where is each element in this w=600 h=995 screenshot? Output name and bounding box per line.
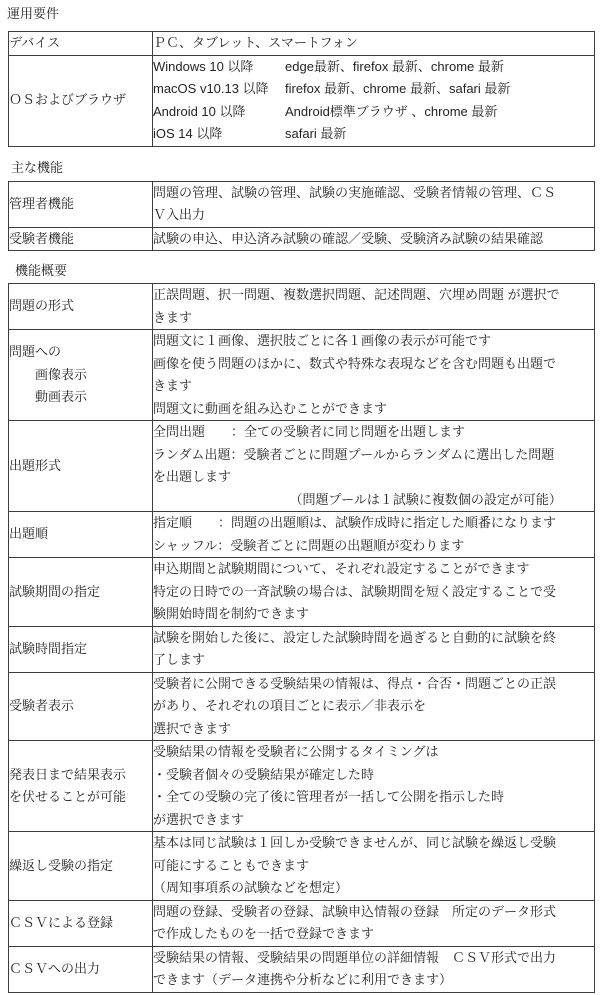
row-value-cell: 問題の登録、受験者の登録、試験申込情報の登録 所定のデータ形式で作成したものを一… (153, 900, 595, 946)
row-value-line: 指定順 ：問題の出題順は、試験作成時に指定した順番になります (153, 512, 591, 535)
row-value-cell: ＰＣ、タブレット、スマートフォン (153, 32, 595, 56)
os-name: Windows 10 以降 (153, 56, 285, 79)
row-value-line: ・全ての受験の完了後に管理者が一括して公開を指示した時 (153, 786, 591, 809)
row-label-cell: 発表日まで結果表示を伏せることが可能 (9, 741, 153, 832)
row-value-line: 正誤問題、択一問題、複数選択問題、記述問題、穴埋め問題 が選択で (153, 284, 591, 307)
row-value-line: 申込期間と試験期間について、それぞれ設定することができます (153, 558, 591, 581)
table-row: 出題順指定順 ：問題の出題順は、試験作成時に指定した順番になりますシャッフル：受… (9, 512, 595, 558)
row-value-cell: 問題の管理、試験の管理、試験の実施確認、受験者情報の管理、ＣＳＶ入出力 (153, 181, 595, 227)
row-value-line: ＰＣ、タブレット、スマートフォン (153, 32, 591, 55)
row-value-line: （問題プールは１試験に複数個の設定が可能） (153, 489, 591, 512)
row-value-cell: 受験者に公開できる受験結果の情報は、得点・合否・問題ごとの正誤があり、それぞれの… (153, 672, 595, 741)
os-name: Android 10 以降 (153, 101, 285, 124)
row-label-cell: 受験者機能 (9, 227, 153, 251)
os-browser-line: Android 10 以降Android標準ブラウザ 、chrome 最新 (153, 101, 591, 124)
row-value-line: （周知事項系の試験などを想定） (153, 877, 591, 900)
row-label-line: 試験時間指定 (9, 638, 149, 661)
document-page: 運用要件 デバイスＰＣ、タブレット、スマートフォンＯＳおよびブラウザWindow… (0, 6, 600, 995)
row-value-cell: 試験を開始した後に、設定した試験時間を過ぎると自動的に試験を終了します (153, 626, 595, 672)
browser-list: firefox 最新、chrome 最新、safari 最新 (285, 78, 510, 101)
row-value-line: 特定の日時での一斉試験の場合は、試験期間を短く設定することで受 (153, 581, 591, 604)
row-value-cell: 問題文に１画像、選択肢ごとに各１画像の表示が可能です画像を使う問題のほかに、数式… (153, 330, 595, 421)
row-label-line: 管理者機能 (9, 193, 149, 216)
row-value-cell: 基本は同じ試験は１回しか受験できませんが、同じ試験を繰返し受験可能にすることもで… (153, 832, 595, 901)
table-row: デバイスＰＣ、タブレット、スマートフォン (9, 32, 595, 56)
row-label-line: 試験期間の指定 (9, 581, 149, 604)
row-value-line: できます（データ連携や分析などに利用できます） (153, 969, 591, 992)
section-heading-feature-overview: 機能概要 (15, 263, 600, 279)
row-label-line: を伏せることが可能 (9, 786, 149, 809)
row-value-line: きます (153, 375, 591, 398)
row-label-line: 発表日まで結果表示 (9, 764, 149, 787)
row-label-cell: 出題順 (9, 512, 153, 558)
row-label-line: 画像表示 (9, 364, 149, 387)
table-row: 試験時間指定試験を開始した後に、設定した試験時間を過ぎると自動的に試験を終了しま… (9, 626, 595, 672)
row-label-line: 繰返し受験の指定 (9, 855, 149, 878)
row-value-cell: 受験結果の情報、受験結果の問題単位の詳細情報 ＣＳＶ形式で出力できます（データ連… (153, 946, 595, 992)
table-row: 管理者機能問題の管理、試験の管理、試験の実施確認、受験者情報の管理、ＣＳＶ入出力 (9, 181, 595, 227)
section-heading-main-functions: 主な機能 (11, 160, 600, 176)
row-label-line: 動画表示 (9, 386, 149, 409)
row-value-line: 試験の申込、申込済み試験の確認／受験、受験済み試験の結果確認 (153, 228, 591, 251)
row-label-cell: 受験者表示 (9, 672, 153, 741)
table-row: ＯＳおよびブラウザWindows 10 以降edge最新、firefox 最新、… (9, 55, 595, 146)
feature-overview-table: 問題の形式正誤問題、択一問題、複数選択問題、記述問題、穴埋め問題 が選択できます… (8, 283, 595, 993)
row-value-cell: 試験の申込、申込済み試験の確認／受験、受験済み試験の結果確認 (153, 227, 595, 251)
row-value-line: きます (153, 307, 591, 330)
row-label-line: ＯＳおよびブラウザ (9, 89, 149, 112)
os-browser-line: Windows 10 以降edge最新、firefox 最新、chrome 最新 (153, 56, 591, 79)
os-browser-line: iOS 14 以降safari 最新 (153, 123, 591, 146)
row-label-line: ＣＳＶへの出力 (9, 958, 149, 981)
table-row: 受験者機能試験の申込、申込済み試験の確認／受験、受験済み試験の結果確認 (9, 227, 595, 251)
table-row: 問題への 画像表示 動画表示問題文に１画像、選択肢ごとに各１画像の表示が可能です… (9, 330, 595, 421)
row-value-line: 基本は同じ試験は１回しか受験できませんが、同じ試験を繰返し受験 (153, 832, 591, 855)
row-label-line: 出題形式 (9, 455, 149, 478)
row-value-cell: Windows 10 以降edge最新、firefox 最新、chrome 最新… (153, 55, 595, 146)
row-value-line: ・受験者個々の受験結果が確定した時 (153, 764, 591, 787)
row-label-cell: ＣＳＶによる登録 (9, 900, 153, 946)
row-value-line: 受験結果の情報を受験者に公開するタイミングは (153, 741, 591, 764)
row-value-cell: 指定順 ：問題の出題順は、試験作成時に指定した順番になりますシャッフル：受験者ご… (153, 512, 595, 558)
section-heading-operational-requirements: 運用要件 (7, 6, 600, 22)
row-label-line: デバイス (9, 32, 149, 55)
row-value-line: 選択できます (153, 718, 591, 741)
row-label-line: 受験者機能 (9, 228, 149, 251)
row-label-line: 出題順 (9, 523, 149, 546)
table-row: ＣＳＶへの出力受験結果の情報、受験結果の問題単位の詳細情報 ＣＳＶ形式で出力でき… (9, 946, 595, 992)
row-label-cell: 問題への 画像表示 動画表示 (9, 330, 153, 421)
row-value-line: で作成したものを一括で登録できます (153, 923, 591, 946)
row-value-line: 了します (153, 649, 591, 672)
browser-list: Android標準ブラウザ 、chrome 最新 (285, 101, 497, 124)
table-row: 繰返し受験の指定基本は同じ試験は１回しか受験できませんが、同じ試験を繰返し受験可… (9, 832, 595, 901)
row-value-line: 試験を開始した後に、設定した試験時間を過ぎると自動的に試験を終 (153, 627, 591, 650)
row-label-cell: 管理者機能 (9, 181, 153, 227)
row-value-line: 受験者に公開できる受験結果の情報は、得点・合否・問題ごとの正誤 (153, 673, 591, 696)
row-value-cell: 全問出題 ：全ての受験者に同じ問題を出題しますランダム出題：受験者ごとに問題プー… (153, 421, 595, 512)
row-value-line: ランダム出題：受験者ごとに問題プールからランダムに選出した問題 (153, 444, 591, 467)
row-label-cell: ＯＳおよびブラウザ (9, 55, 153, 146)
os-name: macOS v10.13 以降 (153, 78, 285, 101)
table-row: 発表日まで結果表示を伏せることが可能受験結果の情報を受験者に公開するタイミングは… (9, 741, 595, 832)
row-label-line: 問題の形式 (9, 295, 149, 318)
table-row: 試験期間の指定申込期間と試験期間について、それぞれ設定することができます特定の日… (9, 558, 595, 627)
row-value-line: 問題文に１画像、選択肢ごとに各１画像の表示が可能です (153, 330, 591, 353)
operational-requirements-table: デバイスＰＣ、タブレット、スマートフォンＯＳおよびブラウザWindows 10 … (8, 31, 595, 147)
row-value-line: 問題文に動画を組み込むことができます (153, 398, 591, 421)
row-value-line: 受験結果の情報、受験結果の問題単位の詳細情報 ＣＳＶ形式で出力 (153, 947, 591, 970)
row-value-line: を出題します (153, 466, 591, 489)
row-value-cell: 受験結果の情報を受験者に公開するタイミングは・受験者個々の受験結果が確定した時・… (153, 741, 595, 832)
row-label-line: 受験者表示 (9, 695, 149, 718)
row-value-cell: 正誤問題、択一問題、複数選択問題、記述問題、穴埋め問題 が選択できます (153, 284, 595, 330)
os-name: iOS 14 以降 (153, 123, 285, 146)
row-value-line: が選択できます (153, 809, 591, 832)
table-row: 受験者表示受験者に公開できる受験結果の情報は、得点・合否・問題ごとの正誤があり、… (9, 672, 595, 741)
row-label-cell: 試験時間指定 (9, 626, 153, 672)
os-browser-line: macOS v10.13 以降firefox 最新、chrome 最新、safa… (153, 78, 591, 101)
table-row: 出題形式全問出題 ：全ての受験者に同じ問題を出題しますランダム出題：受験者ごとに… (9, 421, 595, 512)
table-row: ＣＳＶによる登録問題の登録、受験者の登録、試験申込情報の登録 所定のデータ形式で… (9, 900, 595, 946)
row-value-cell: 申込期間と試験期間について、それぞれ設定することができます特定の日時での一斉試験… (153, 558, 595, 627)
main-functions-table: 管理者機能問題の管理、試験の管理、試験の実施確認、受験者情報の管理、ＣＳＶ入出力… (8, 181, 595, 252)
row-label-cell: ＣＳＶへの出力 (9, 946, 153, 992)
row-value-line: 問題の登録、受験者の登録、試験申込情報の登録 所定のデータ形式 (153, 901, 591, 924)
row-value-line: Ｖ入出力 (153, 204, 591, 227)
row-label-line: ＣＳＶによる登録 (9, 912, 149, 935)
row-value-line: 全問出題 ：全ての受験者に同じ問題を出題します (153, 421, 591, 444)
row-value-line: 画像を使う問題のほかに、数式や特殊な表現などを含む問題も出題で (153, 353, 591, 376)
row-value-line: 問題の管理、試験の管理、試験の実施確認、受験者情報の管理、ＣＳ (153, 182, 591, 205)
row-value-line: 験開始時間を制約できます (153, 603, 591, 626)
browser-list: safari 最新 (285, 123, 346, 146)
table-row: 問題の形式正誤問題、択一問題、複数選択問題、記述問題、穴埋め問題 が選択できます (9, 284, 595, 330)
row-label-cell: 試験期間の指定 (9, 558, 153, 627)
row-label-cell: 出題形式 (9, 421, 153, 512)
row-label-cell: デバイス (9, 32, 153, 56)
row-value-line: があり、それぞれの項目ごとに表示／非表示を (153, 695, 591, 718)
row-label-cell: 問題の形式 (9, 284, 153, 330)
row-value-line: シャッフル：受験者ごとに問題の出題順が変わります (153, 535, 591, 558)
row-label-cell: 繰返し受験の指定 (9, 832, 153, 901)
browser-list: edge最新、firefox 最新、chrome 最新 (285, 56, 504, 79)
row-value-line: 可能にすることもできます (153, 855, 591, 878)
row-label-line: 問題への (9, 341, 149, 364)
